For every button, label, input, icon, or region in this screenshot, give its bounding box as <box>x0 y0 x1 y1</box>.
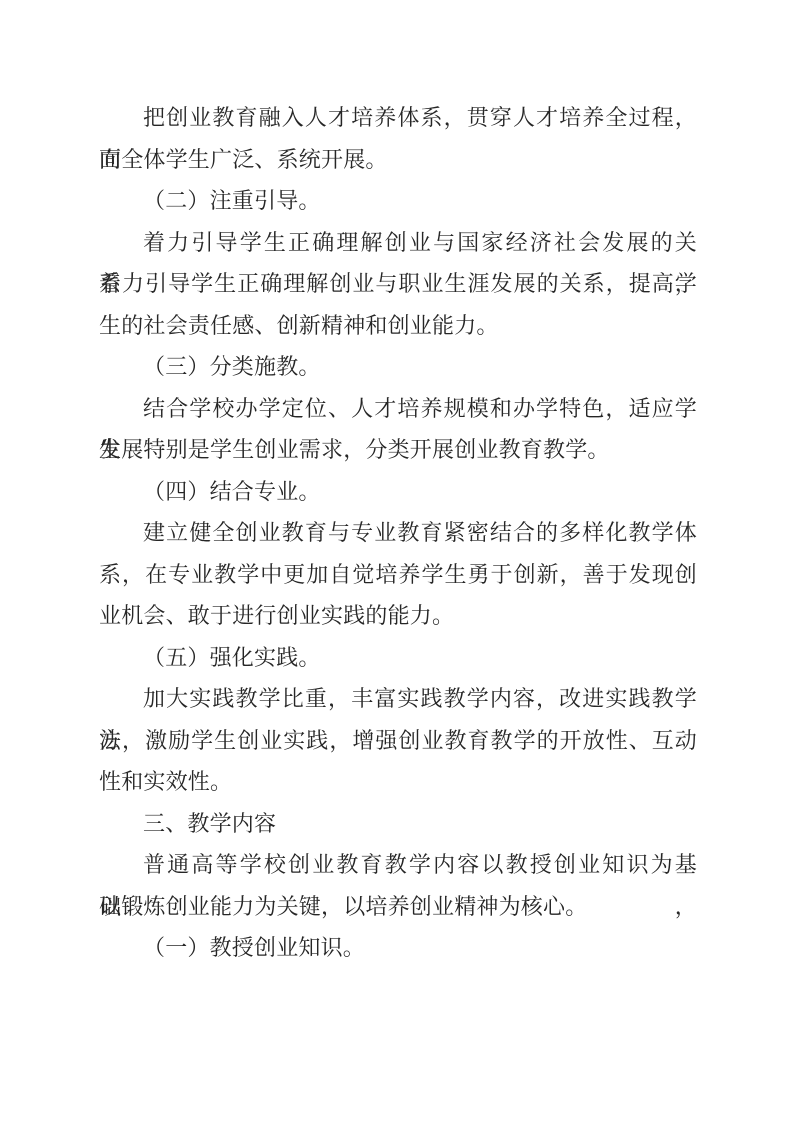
text-line: 性和实效性。 <box>99 761 697 803</box>
paragraph: 把创业教育融入人才培养体系，贯穿人才培养全过程，面向全体学生广泛、系统开展。 <box>99 97 697 180</box>
paragraph: 建立健全创业教育与专业教育紧密结合的多样化教学体系，在专业教学中更加自觉培养学生… <box>99 512 697 637</box>
text-line: 着力引导学生正确理解创业与职业生涯发展的关系，提高学 <box>99 263 697 305</box>
text-line: 发展特别是学生创业需求，分类开展创业教育教学。 <box>99 429 697 471</box>
document-page: 把创业教育融入人才培养体系，贯穿人才培养全过程，面向全体学生广泛、系统开展。（二… <box>0 0 793 1122</box>
text-line: （三）分类施教。 <box>99 346 697 388</box>
text-line: 把创业教育融入人才培养体系，贯穿人才培养全过程，面 <box>99 97 697 139</box>
document-body: 把创业教育融入人才培养体系，贯穿人才培养全过程，面向全体学生广泛、系统开展。（二… <box>99 97 697 969</box>
text-line: （一）教授创业知识。 <box>99 927 697 969</box>
text-line: 业机会、敢于进行创业实践的能力。 <box>99 595 697 637</box>
text-line: 三、教学内容 <box>99 803 697 845</box>
text-line: 系，在专业教学中更加自觉培养学生勇于创新，善于发现创 <box>99 554 697 596</box>
paragraph: 加大实践教学比重，丰富实践教学内容，改进实践教学方法，激励学生创业实践，增强创业… <box>99 678 697 803</box>
paragraph: （一）教授创业知识。 <box>99 927 697 969</box>
paragraph: 结合学校办学定位、人才培养规模和办学特色，适应学生发展特别是学生创业需求，分类开… <box>99 388 697 471</box>
paragraph: 普通高等学校创业教育教学内容以教授创业知识为基础，以锻炼创业能力为关键，以培养创… <box>99 844 697 927</box>
text-line: 生的社会责任感、创新精神和创业能力。 <box>99 305 697 347</box>
text-line: 向全体学生广泛、系统开展。 <box>99 139 697 181</box>
text-line: （二）注重引导。 <box>99 180 697 222</box>
paragraph: （二）注重引导。 <box>99 180 697 222</box>
paragraph: （五）强化实践。 <box>99 637 697 679</box>
text-line: 加大实践教学比重，丰富实践教学内容，改进实践教学方 <box>99 678 697 720</box>
paragraph: 三、教学内容 <box>99 803 697 845</box>
text-line: 建立健全创业教育与专业教育紧密结合的多样化教学体 <box>99 512 697 554</box>
paragraph: 着力引导学生正确理解创业与国家经济社会发展的关系，着力引导学生正确理解创业与职业… <box>99 222 697 347</box>
text-line: 结合学校办学定位、人才培养规模和办学特色，适应学生 <box>99 388 697 430</box>
text-line: （五）强化实践。 <box>99 637 697 679</box>
text-line: （四）结合专业。 <box>99 471 697 513</box>
text-line: 法，激励学生创业实践，增强创业教育教学的开放性、互动 <box>99 720 697 762</box>
paragraph: （三）分类施教。 <box>99 346 697 388</box>
paragraph: （四）结合专业。 <box>99 471 697 513</box>
text-line: 着力引导学生正确理解创业与国家经济社会发展的关系， <box>99 222 697 264</box>
text-line: 普通高等学校创业教育教学内容以教授创业知识为基础， <box>99 844 697 886</box>
